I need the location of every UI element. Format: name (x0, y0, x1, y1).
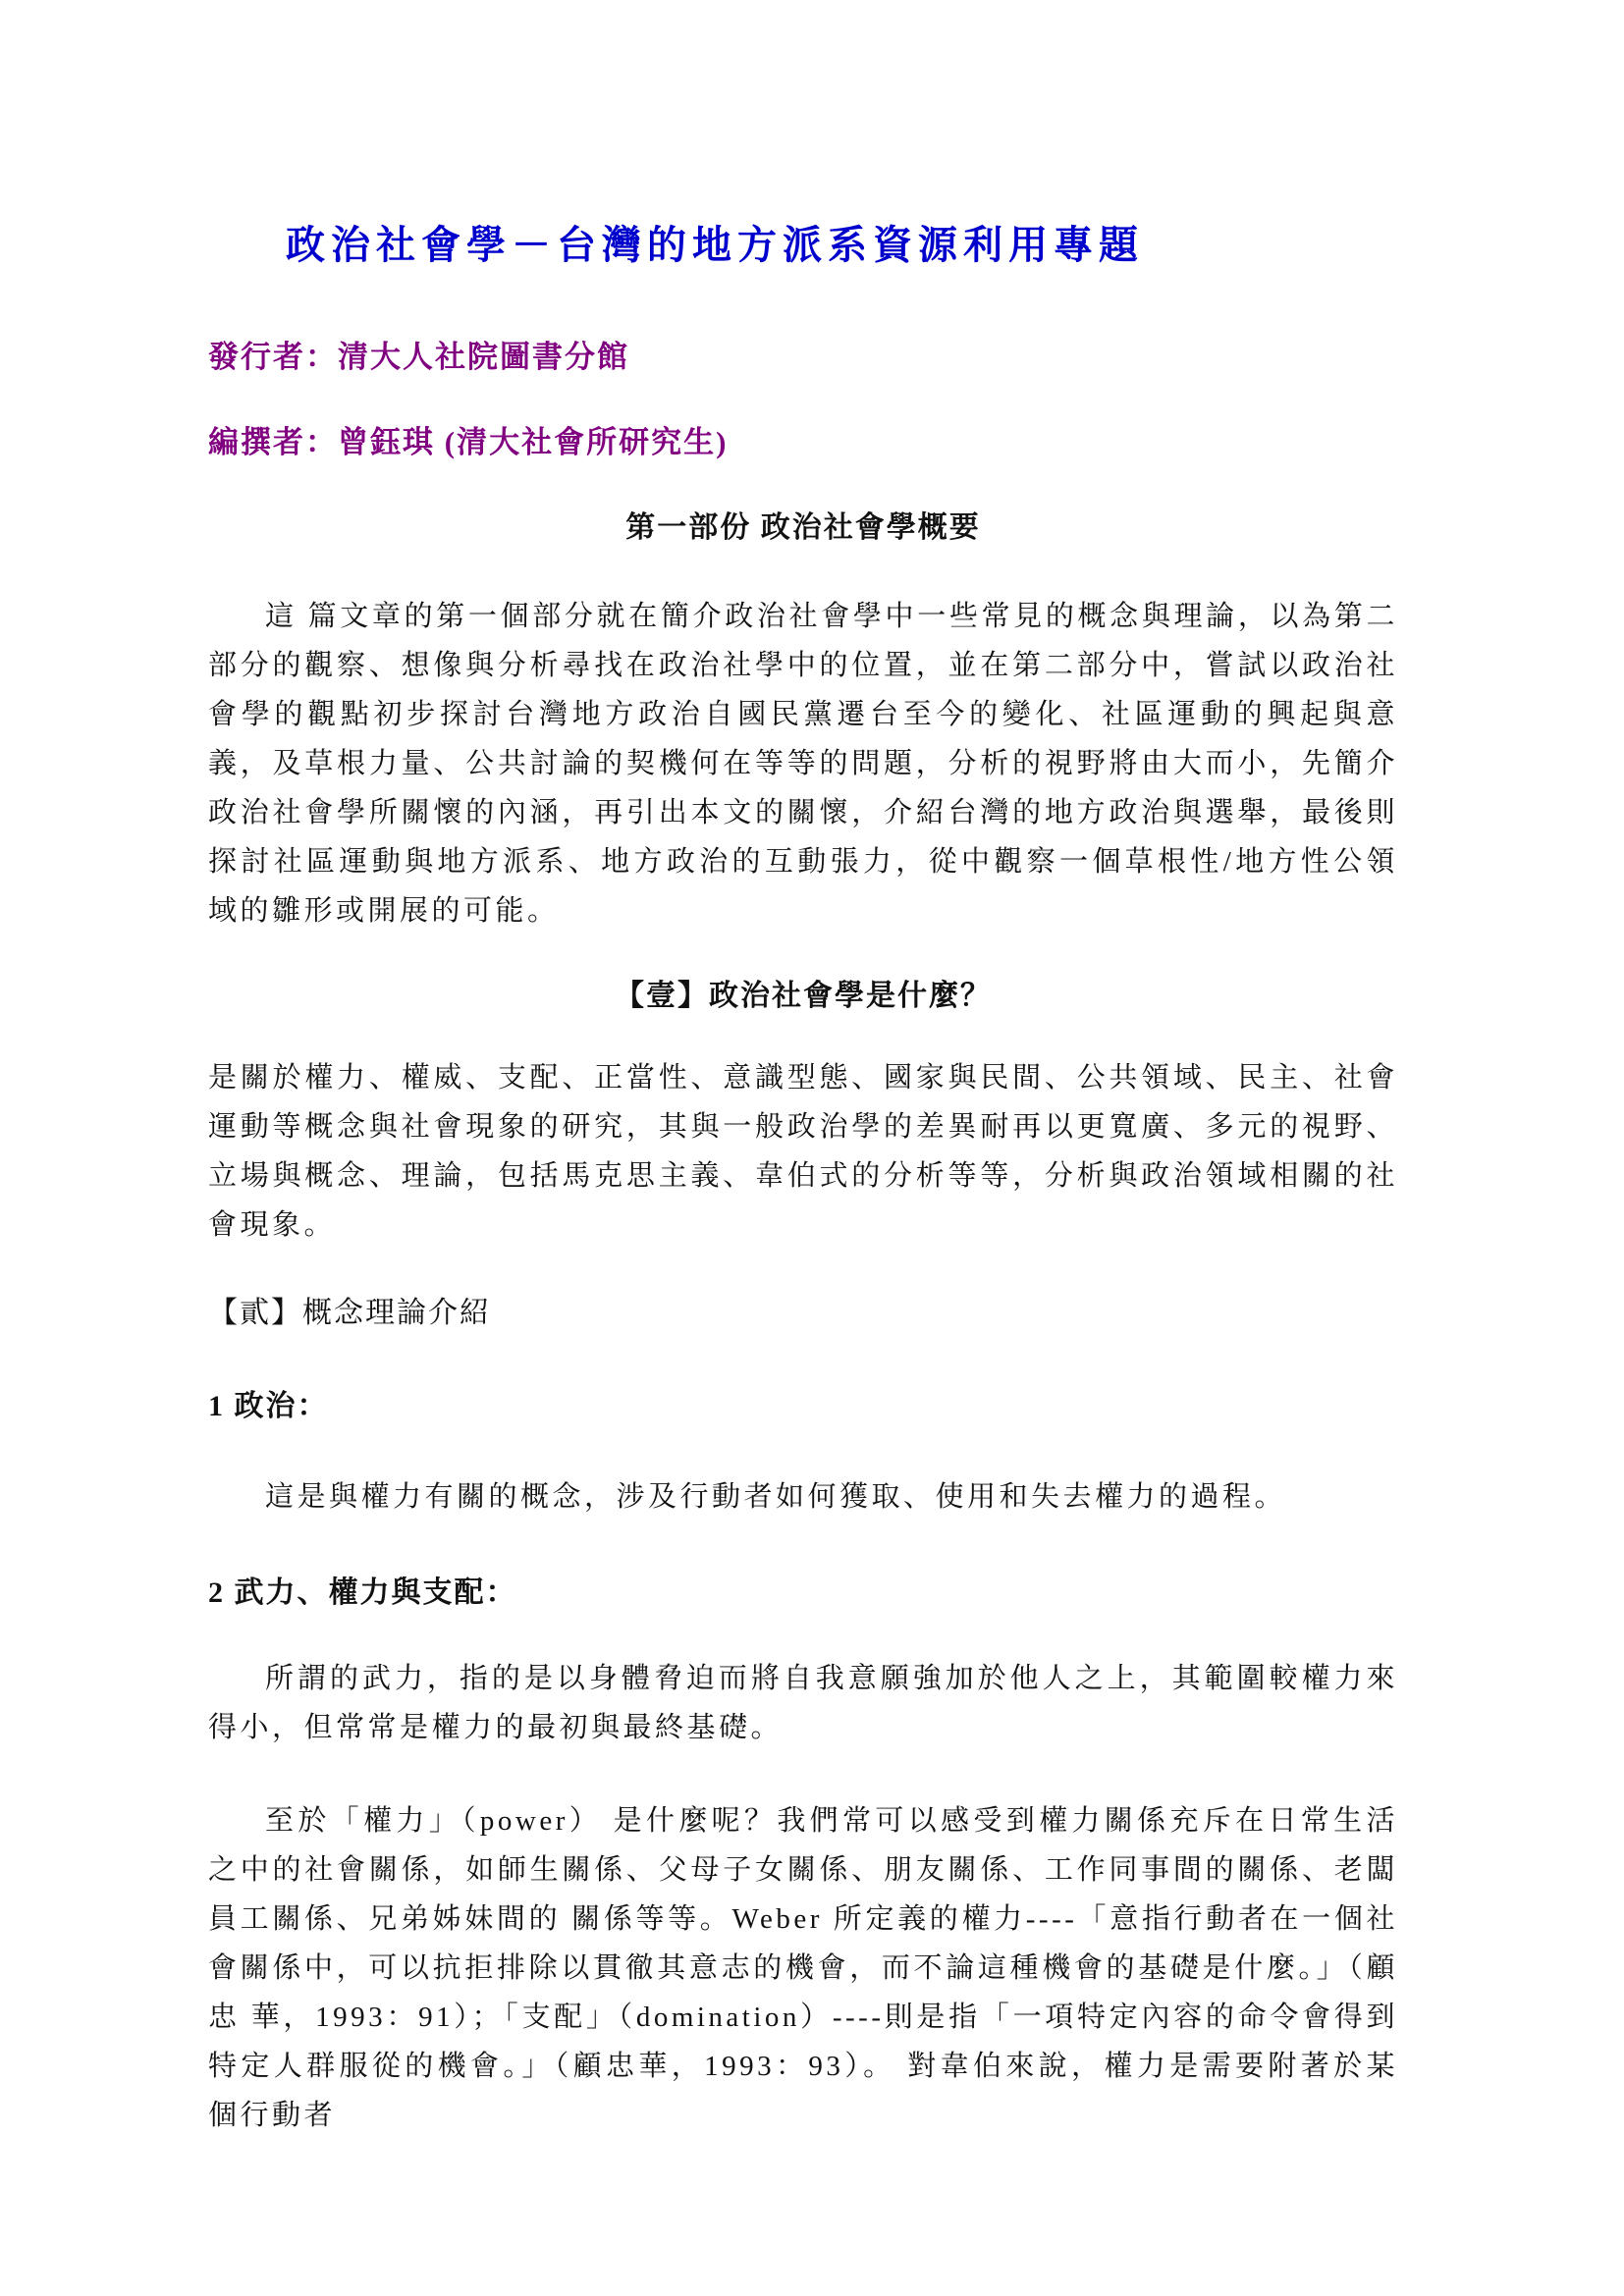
concept1-heading: 1 政治： (208, 1382, 1398, 1431)
document-title: 政治社會學－台灣的地方派系資源利用專題 (120, 221, 1310, 270)
part1-heading: 第一部份 政治社會學概要 (208, 504, 1398, 553)
section2-heading: 【貳】概念理論介紹 (208, 1289, 1398, 1338)
concept1-paragraph: 這是與權力有關的概念，涉及行動者如何獲取、使用和失去權力的過程。 (208, 1472, 1398, 1522)
section1-heading: 【壹】政治社會學是什麼？ (208, 972, 1398, 1021)
concept2-heading: 2 武力、權力與支配： (208, 1569, 1398, 1618)
publisher-line: 發行者：清大人社院圖書分館 (208, 333, 1398, 382)
concept2-paragraph-2: 至於「權力」（power） 是什麼呢？我們常可以感受到權力關係充斥在日常生活之中… (208, 1796, 1398, 2140)
intro-paragraph: 這 篇文章的第一個部分就在簡介政治社會學中一些常見的概念與理論，以為第二部分的觀… (208, 592, 1398, 935)
document-page: 政治社會學－台灣的地方派系資源利用專題 發行者：清大人社院圖書分館 編撰者：曾鈺… (0, 0, 1624, 2296)
concept2-paragraph-1: 所謂的武力，指的是以身體脅迫而將自我意願強加於他人之上，其範圍較權力來得小，但常… (208, 1654, 1398, 1752)
editor-line: 編撰者：曾鈺琪 (清大社會所研究生) (208, 418, 1398, 467)
section1-paragraph: 是關於權力、權威、支配、正當性、意識型態、國家與民間、公共領域、民主、社會運動等… (208, 1053, 1398, 1250)
